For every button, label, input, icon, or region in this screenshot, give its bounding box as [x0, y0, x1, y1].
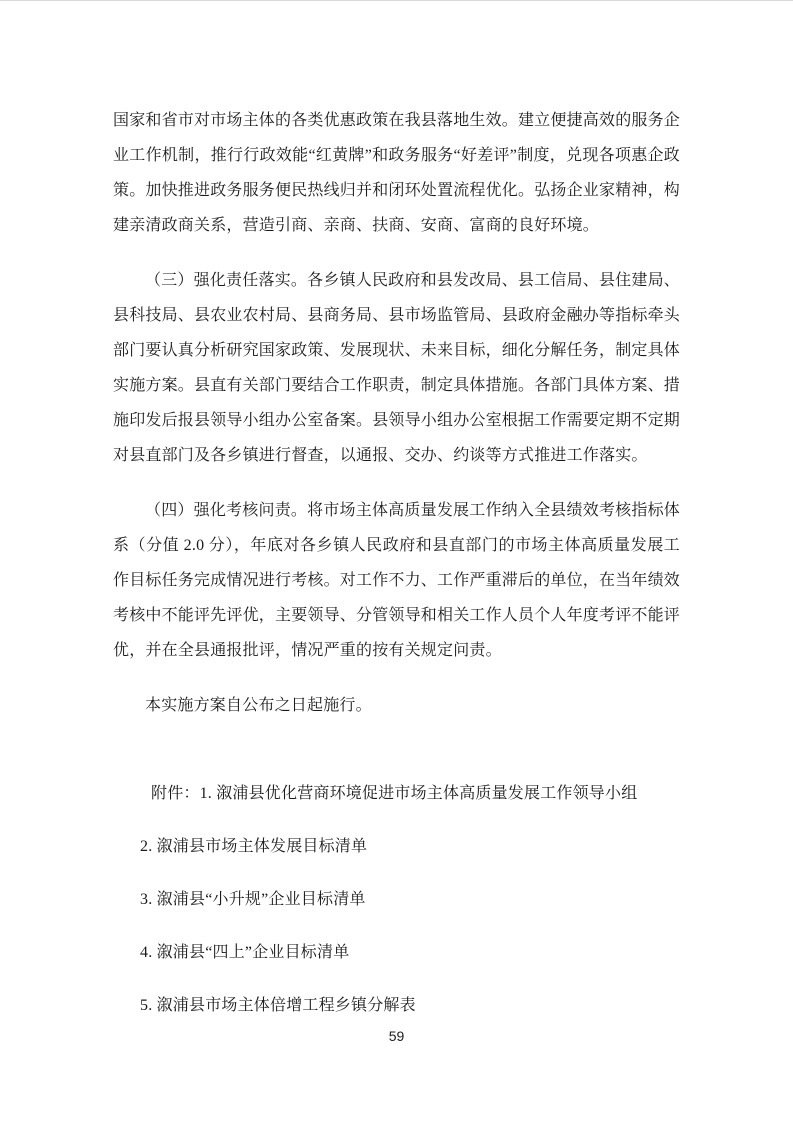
- attachment-item-4: 4. 溆浦县“四上”企业目标清单: [113, 935, 680, 970]
- attachment-item-3: 3. 溆浦县“小升规”企业目标清单: [113, 882, 680, 917]
- attachment-item-1: 附件：1. 溆浦县优化营商环境促进市场主体高质量发展工作领导小组: [113, 776, 680, 811]
- body-paragraph-section-4: （四）强化考核问责。将市场主体高质量发展工作纳入全县绩效考核指标体系（分值 2.…: [113, 493, 680, 668]
- page-number: 59: [113, 1029, 680, 1043]
- closing-paragraph: 本实施方案自公布之日起施行。: [113, 688, 680, 723]
- attachment-list: 附件：1. 溆浦县优化营商环境促进市场主体高质量发展工作领导小组 2. 溆浦县市…: [113, 776, 680, 1023]
- body-paragraph-continuation: 国家和省市对市场主体的各类优惠政策在我县落地生效。建立便捷高效的服务企业工作机制…: [113, 103, 680, 243]
- attachment-item-5: 5. 溆浦县市场主体倍增工程乡镇分解表: [113, 988, 680, 1023]
- document-page: 国家和省市对市场主体的各类优惠政策在我县落地生效。建立便捷高效的服务企业工作机制…: [0, 1, 793, 1122]
- body-paragraph-section-3: （三）强化责任落实。各乡镇人民政府和县发改局、县工信局、县住建局、县科技局、县农…: [113, 263, 680, 473]
- attachment-item-2: 2. 溆浦县市场主体发展目标清单: [113, 829, 680, 864]
